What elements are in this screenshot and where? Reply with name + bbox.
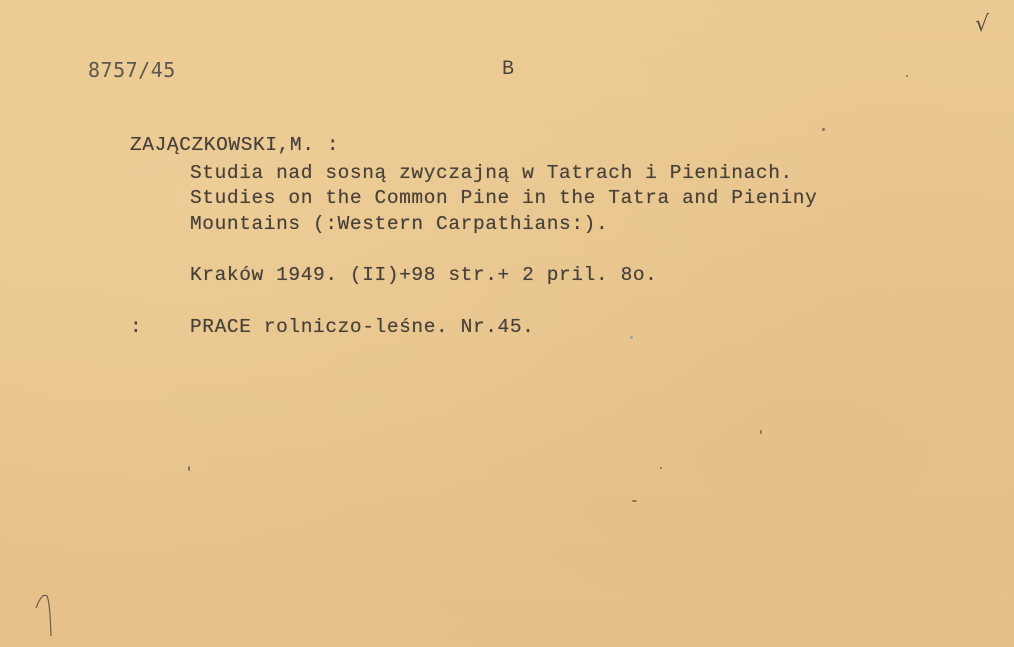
imprint: Kraków 1949. (II)+98 str.+ 2 pril. 8o. (190, 264, 657, 286)
title-polish: Studia nad sosną zwyczajną w Tatrach i P… (190, 162, 793, 184)
speck (906, 75, 908, 77)
speck (822, 128, 825, 131)
section-letter: B (502, 58, 514, 81)
series-marker: : (130, 316, 142, 338)
speck (630, 336, 633, 339)
speck (632, 500, 637, 502)
title-english-line1: Studies on the Common Pine in the Tatra … (190, 187, 817, 209)
check-mark: √ (975, 12, 989, 37)
series-statement: PRACE rolniczo-leśne. Nr.45. (190, 316, 534, 338)
speck (660, 467, 662, 469)
title-english-line2: Mountains (:Western Carpathians:). (190, 213, 608, 235)
call-number: 8757/45 (88, 58, 176, 82)
speck (760, 430, 762, 434)
speck (188, 466, 190, 471)
author-heading: ZAJĄCZKOWSKI,M. : (130, 134, 339, 156)
catalog-card: 8757/45 B √ ZAJĄCZKOWSKI,M. : Studia nad… (0, 0, 1014, 647)
pencil-mark-icon (34, 588, 58, 638)
